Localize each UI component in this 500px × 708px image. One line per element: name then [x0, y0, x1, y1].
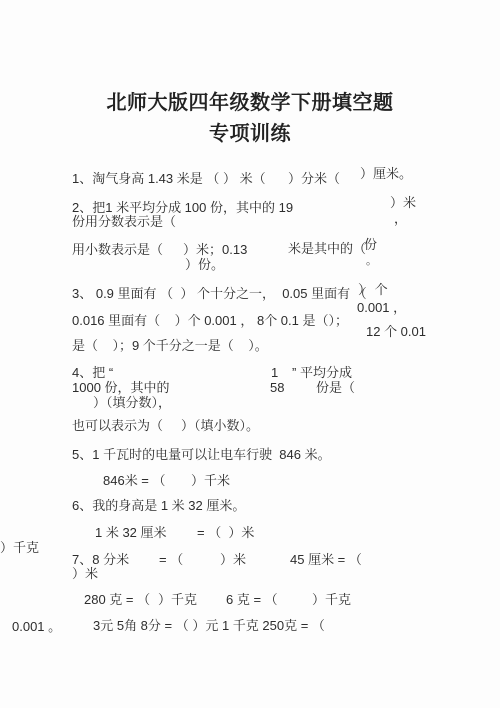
question-2-line3c: 米是其中的（ — [288, 241, 366, 256]
question-6-line2b: = （ ）米 — [197, 525, 254, 540]
question-4-line1a: 4、把 “ — [72, 365, 113, 380]
question-5-line2b: ）千米 — [191, 473, 230, 488]
question-7-line3c: 6 克 = （ — [226, 592, 278, 607]
question-7-line1b: = （ — [159, 552, 183, 567]
question-4-line4: 也可以表示为（ ）（填小数）。 — [72, 418, 259, 433]
page-subtitle: 专项训练 — [0, 117, 500, 146]
question-4-line2a: 1000 份，其中的 — [72, 380, 170, 395]
question-7-line2: ）米 — [72, 566, 98, 581]
question-5-line2a: 846米 = （ — [103, 473, 166, 488]
question-2-line2: 份用分数表示是（ — [72, 214, 176, 229]
question-6-line1: 6、我的身高是 1 米 32 厘米。 — [72, 498, 245, 513]
question-3-line3: 是（ ）；9 个千分之一是（ ）。 — [72, 338, 268, 353]
question-2-line1: 2、把1 米平均分成 100 份，其中的 19 — [72, 200, 293, 215]
worksheet-page: 北师大版四年级数学下册填空题 专项训练 1、淘气身高 1.43 米是 （ ） 米… — [0, 0, 500, 708]
margin-fragment-decimal: 0.001 。 — [12, 619, 61, 634]
question-3-line2-right: 0.001 ， — [357, 300, 406, 315]
question-7-line3b: ）千克 — [158, 592, 197, 607]
question-6-line2a: 1 米 32 厘米 — [95, 525, 167, 540]
question-7-line1a: 7、8 分米 — [72, 552, 129, 567]
question-3-line3-right: 12 个 0.01 — [366, 324, 426, 339]
question-3-line2: 0.016 里面有（ ）个 0.001 ， 8个 0.1 是（）； — [72, 313, 348, 328]
question-2-line2-right: ， — [394, 211, 407, 226]
question-7-line4: 3元 5角 8分 = （ ）元 1 千克 250克 = （ — [93, 618, 325, 633]
question-2-line3a: 用小数表示是（ — [72, 242, 163, 257]
question-2-line3d: 份 — [364, 237, 377, 252]
question-1-text: 1、淘气身高 1.43 米是 （ ） 米（ — [72, 171, 266, 186]
question-4-line1c: ” 平均分成 — [292, 365, 352, 380]
question-7-line3a: 280 克 = （ — [84, 592, 150, 607]
question-7-line3d: ）千克 — [312, 592, 351, 607]
question-2-line4-right: 。 — [366, 254, 377, 269]
question-7-line1d: 45 厘米 = （ — [290, 552, 362, 567]
question-1-blank-decimeter: ）分米（ — [288, 171, 340, 186]
question-1-blank-centimeter: ）厘米。 — [360, 166, 412, 181]
question-4-line2c: 份是（ — [316, 380, 355, 395]
question-4-count: 58 — [270, 380, 284, 395]
margin-fragment-kilogram: ）千克 — [0, 540, 39, 555]
question-5-line1: 5、1 千瓦时的电量可以让电车行驶 846 米。 — [72, 447, 331, 462]
question-2-line1-right: ）米 — [390, 195, 416, 210]
question-2-line4: ）份。 — [185, 257, 224, 272]
question-2-line3b: ）米；0.13 — [183, 242, 247, 257]
question-3-line1-right: ） 个 — [358, 282, 388, 297]
question-4-line3: ）（填分数）， — [93, 395, 171, 410]
page-title: 北师大版四年级数学下册填空题 — [0, 86, 500, 115]
question-7-line1c: ）米 — [220, 552, 246, 567]
question-4-numerator: 1 — [271, 365, 278, 380]
question-3-line1: 3、 0.9 里面有 （ ） 个十分之一， 0.05 里面有 （ — [72, 286, 367, 301]
